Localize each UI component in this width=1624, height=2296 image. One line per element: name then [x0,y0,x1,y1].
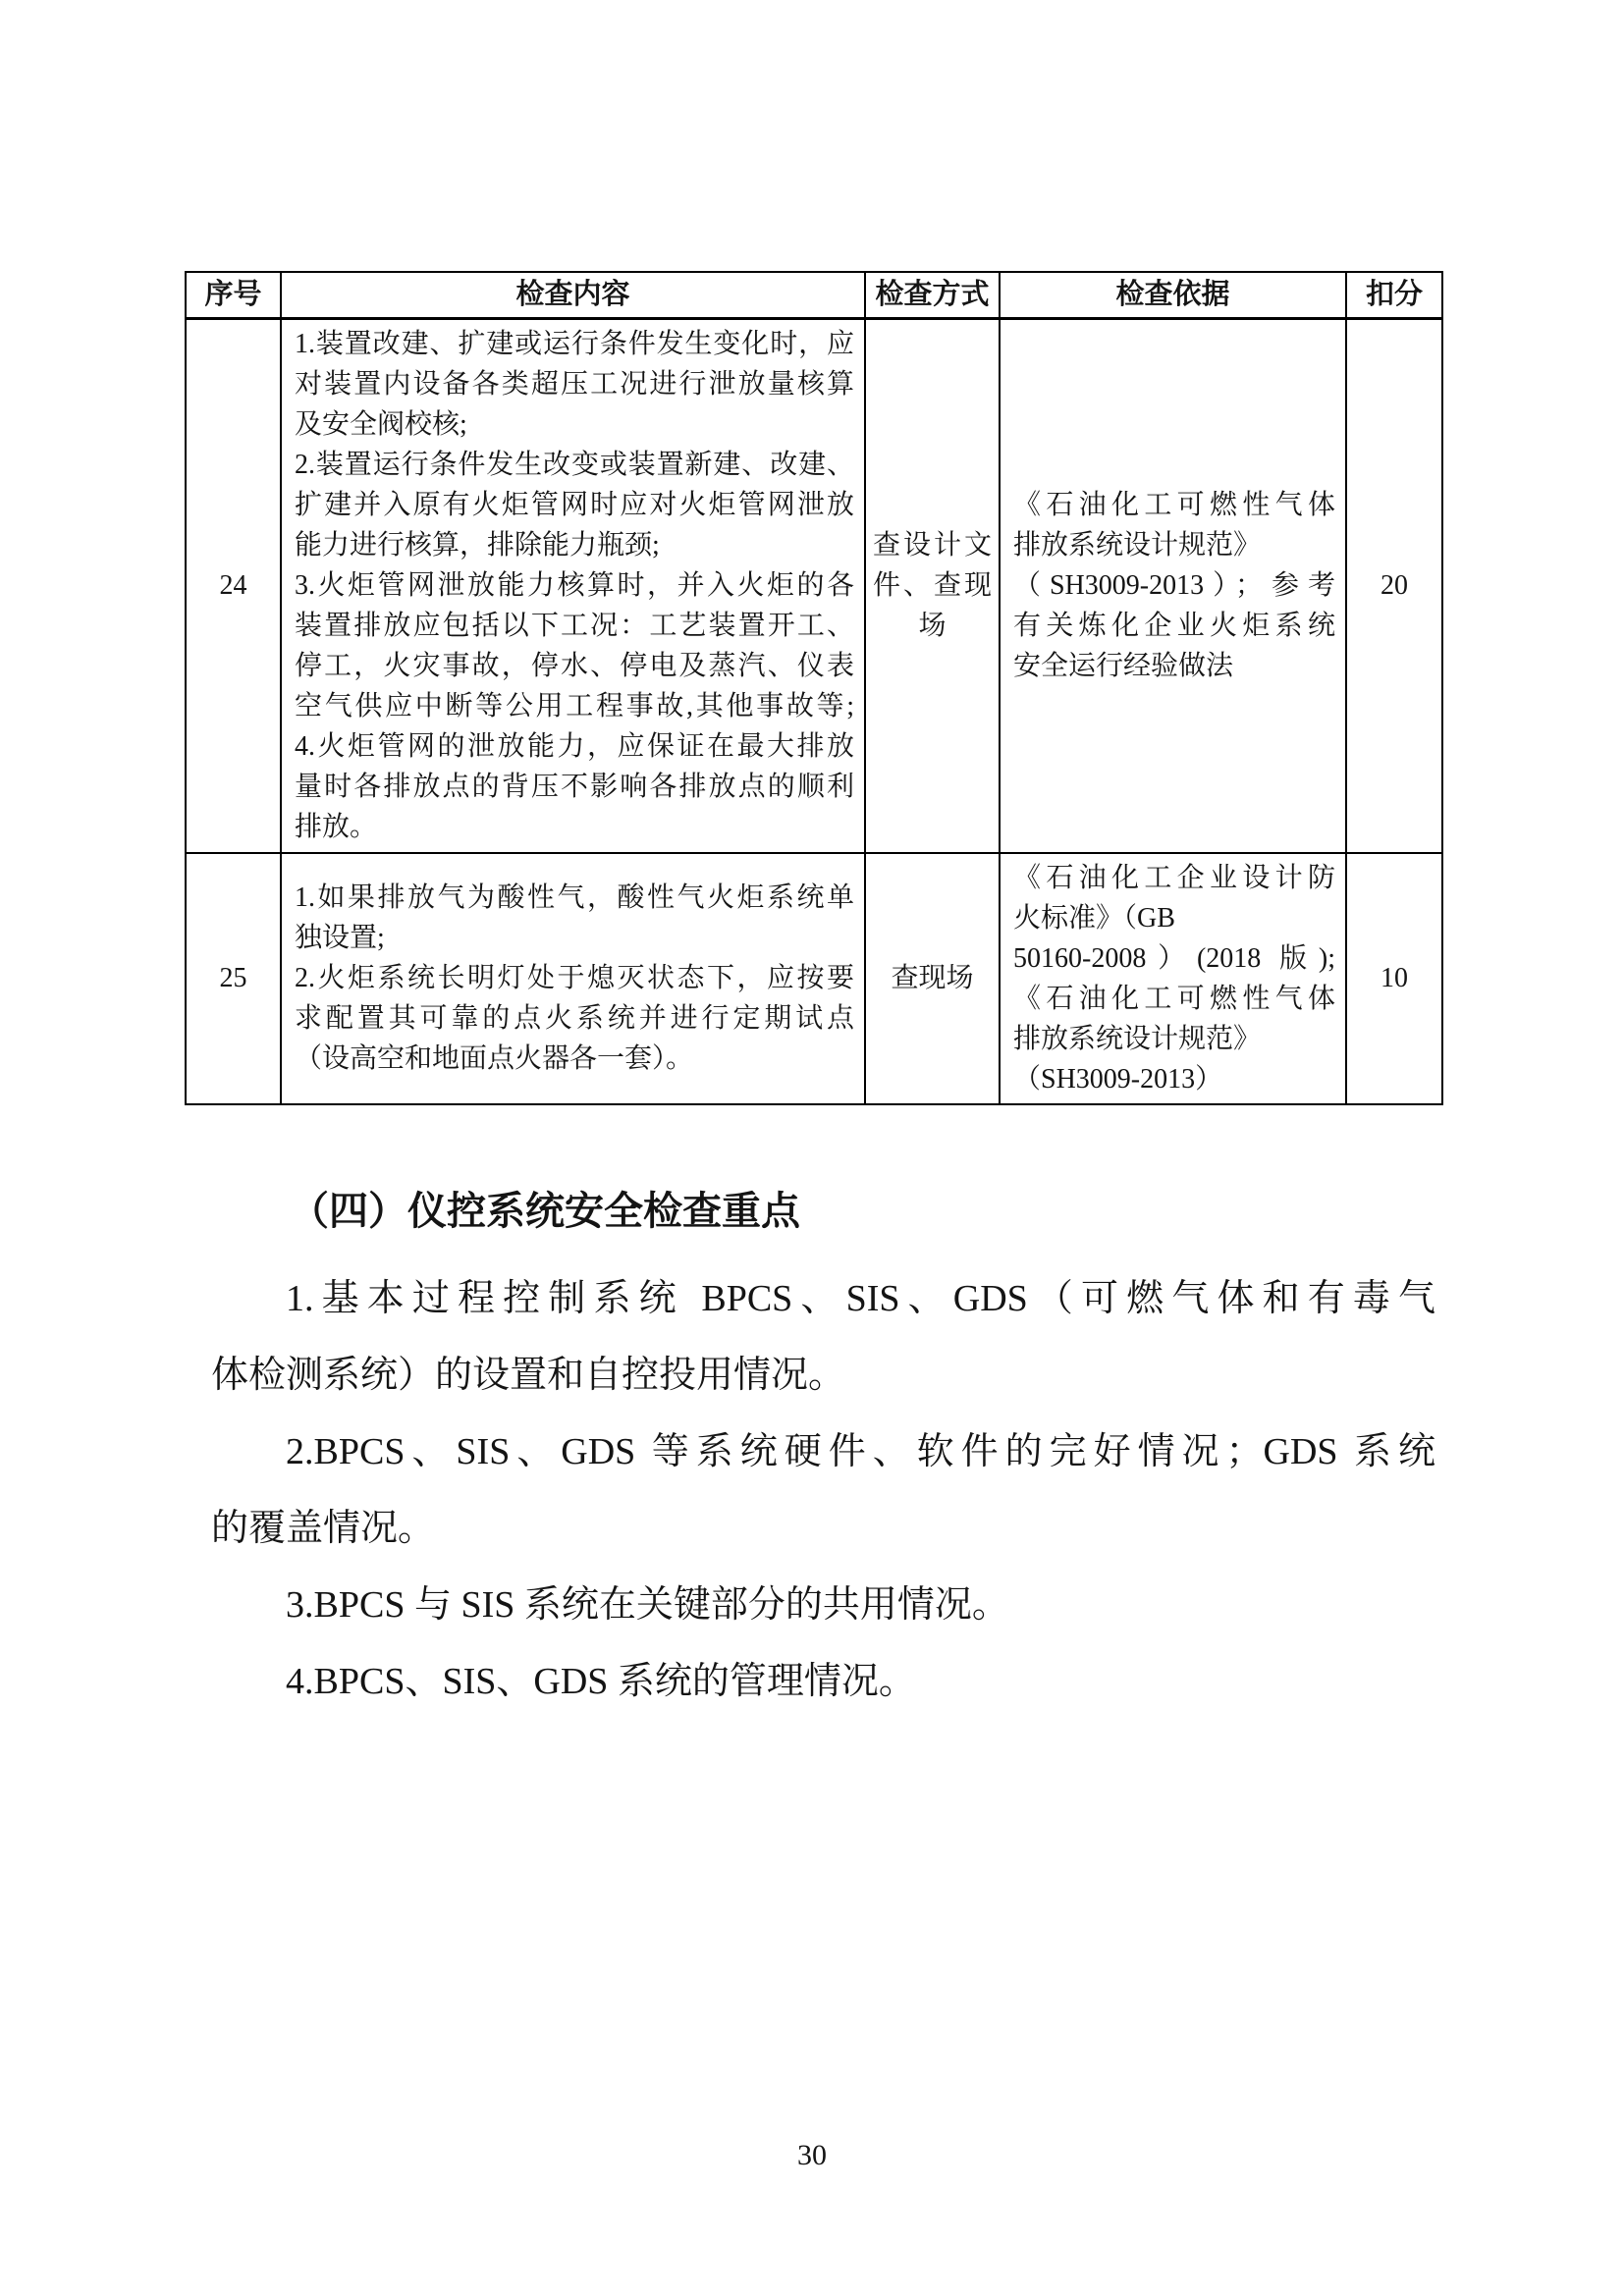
header-cell-deduction: 扣分 [1346,272,1442,319]
inspection-basis: 《石油化工可燃性气体排放系统设计规范》（SH3009-2013）；参考有关炼化企… [1000,319,1346,853]
header-cell-basis: 检查依据 [1000,272,1346,319]
table-row: 24 1.装置改建、扩建或运行条件发生变化时，应对装置内设备各类超压工况进行泄放… [186,319,1442,853]
table-row: 25 1.如果排放气为酸性气，酸性气火炬系统单独设置;2.火炬系统长明灯处于熄灭… [186,853,1442,1104]
page-number: 30 [0,2136,1624,2175]
header-cell-method: 检查方式 [865,272,1000,319]
body-paragraph: 2.BPCS、SIS、GDS 等系统硬件、软件的完好情况；GDS 系统的覆盖情况… [211,1414,1435,1567]
table-header-row: 序号 检查内容 检查方式 检查依据 扣分 [186,272,1442,319]
section-heading: （四）仪控系统安全检查重点 [211,1172,1435,1251]
inspection-method: 查现场 [865,853,1000,1104]
inspection-method: 查设计文件、查现场 [865,319,1000,853]
inspection-content: 1.装置改建、扩建或运行条件发生变化时，应对装置内设备各类超压工况进行泄放量核算… [281,319,865,853]
body-paragraph: 4.BPCS、SIS、GDS 系统的管理情况。 [211,1643,1435,1720]
body-paragraph: 3.BPCS 与 SIS 系统在关键部分的共用情况。 [211,1567,1435,1643]
deduction-points: 20 [1346,319,1442,853]
body-paragraph: 1.基本过程控制系统 BPCS、SIS、GDS（可燃气体和有毒气体检测系统）的设… [211,1260,1435,1414]
section-body: （四）仪控系统安全检查重点 1.基本过程控制系统 BPCS、SIS、GDS（可燃… [211,1172,1435,1720]
header-cell-content: 检查内容 [281,272,865,319]
row-number: 24 [186,319,281,853]
deduction-points: 10 [1346,853,1442,1104]
document-page: 序号 检查内容 检查方式 检查依据 扣分 24 1.装置改建、扩建或运行条件发生… [0,0,1624,2296]
inspection-content: 1.如果排放气为酸性气，酸性气火炬系统单独设置;2.火炬系统长明灯处于熄灭状态下… [281,853,865,1104]
inspection-table: 序号 检查内容 检查方式 检查依据 扣分 24 1.装置改建、扩建或运行条件发生… [185,271,1443,1105]
inspection-basis: 《石油化工企业设计防火标准》（GB50160-2008）(2018 版);《石油… [1000,853,1346,1104]
row-number: 25 [186,853,281,1104]
header-cell-no: 序号 [186,272,281,319]
